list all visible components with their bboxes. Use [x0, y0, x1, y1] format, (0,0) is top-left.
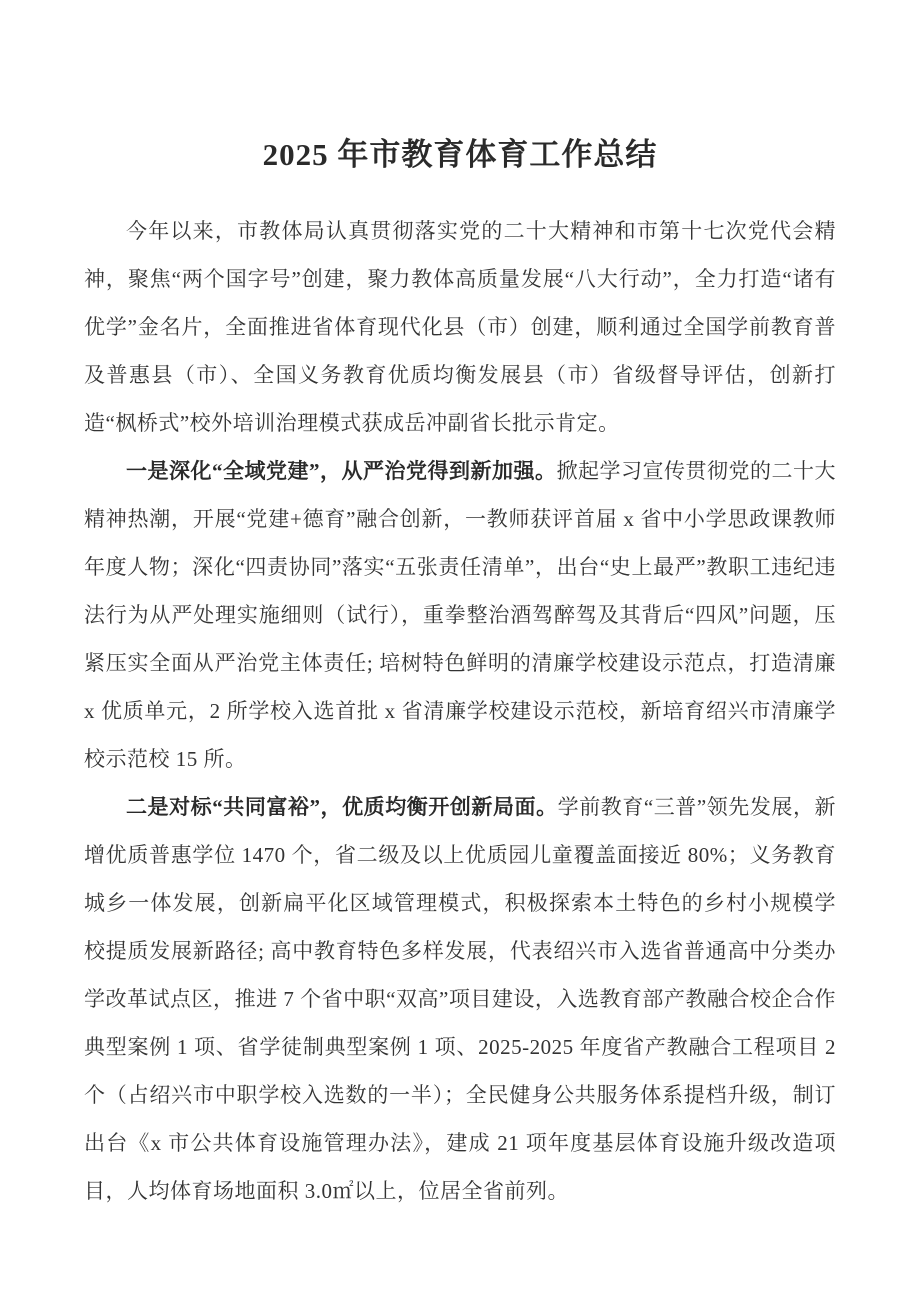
paragraph-text: 今年以来，市教体局认真贯彻落实党的二十大精神和市第十七次党代会精神，聚焦“两个国… [84, 219, 836, 435]
paragraph-lead: 二是对标“共同富裕”，优质均衡开创新局面。 [126, 795, 558, 819]
paragraph-lead: 一是深化“全域党建”，从严治党得到新加强。 [126, 459, 557, 483]
document-page: 2025 年市教育体育工作总结 今年以来，市教体局认真贯彻落实党的二十大精神和市… [0, 0, 920, 1302]
document-body: 今年以来，市教体局认真贯彻落实党的二十大精神和市第十七次党代会精神，聚焦“两个国… [84, 207, 836, 1215]
paragraph: 二是对标“共同富裕”，优质均衡开创新局面。学前教育“三普”领先发展，新增优质普惠… [84, 783, 836, 1215]
paragraph-text: 学前教育“三普”领先发展，新增优质普惠学位 1470 个，省二级及以上优质园儿童… [84, 795, 836, 1203]
document-title: 2025 年市教育体育工作总结 [84, 131, 836, 179]
paragraph: 一是深化“全域党建”，从严治党得到新加强。掀起学习宣传贯彻党的二十大精神热潮，开… [84, 447, 836, 783]
paragraph: 今年以来，市教体局认真贯彻落实党的二十大精神和市第十七次党代会精神，聚焦“两个国… [84, 207, 836, 447]
paragraph-text: 掀起学习宣传贯彻党的二十大精神热潮，开展“党建+德育”融合创新，一教师获评首届 … [84, 459, 836, 771]
